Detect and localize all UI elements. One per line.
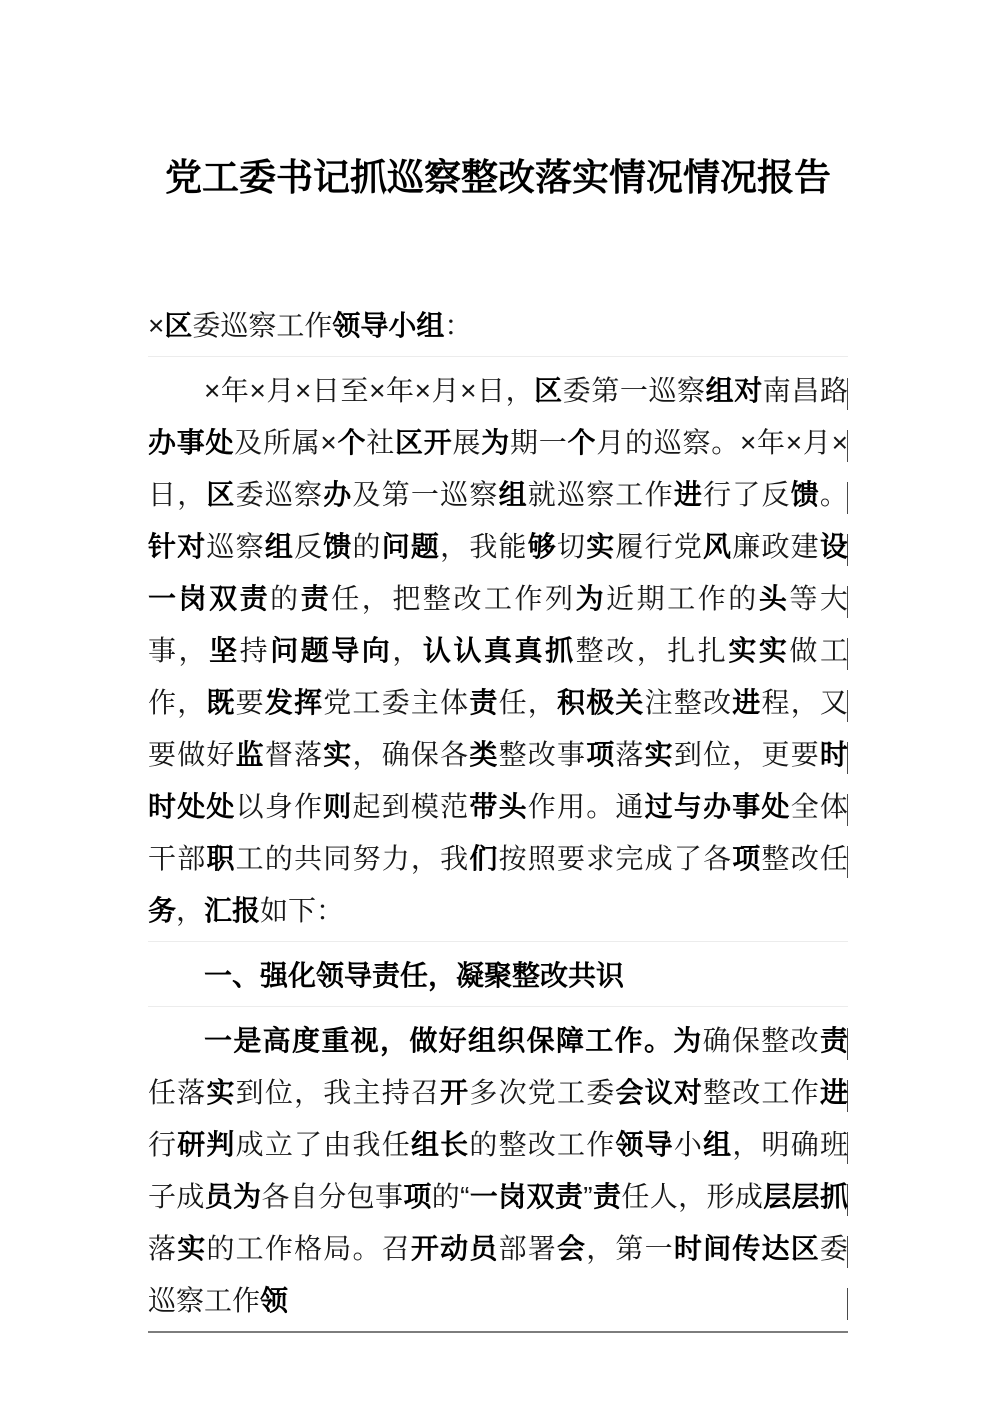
text-run: 期一 xyxy=(510,427,567,458)
text-run: 员为 xyxy=(205,1181,262,1212)
text-run: 会议对 xyxy=(615,1077,703,1108)
text-run: 责 xyxy=(469,687,498,718)
text-run: 就巡察工作 xyxy=(528,479,674,510)
text-run: ，确保各 xyxy=(353,739,470,770)
salutation: ×区委巡察工作领导小组： xyxy=(148,300,848,357)
text-run: 按照要求完成了各 xyxy=(499,843,733,874)
text-run: 行 xyxy=(148,1129,177,1160)
text-run: 组 xyxy=(265,531,294,562)
text-run: 责 xyxy=(820,1025,848,1056)
text-run: 的工作格局。召 xyxy=(206,1233,410,1264)
text-run: 个 xyxy=(568,427,597,458)
text-run: 够 xyxy=(528,531,557,562)
text-run: 办事处 xyxy=(148,427,234,458)
text-run: 成立了由我任 xyxy=(236,1129,411,1160)
text-run: 任， xyxy=(499,687,557,718)
text-run: 区 xyxy=(164,310,192,341)
text-run: 进 xyxy=(732,687,761,718)
text-run: 作用。通 xyxy=(528,791,645,822)
text-run: 党工委主体 xyxy=(323,687,469,718)
text-run: 实 xyxy=(645,739,674,770)
text-run: 履行党 xyxy=(615,531,703,562)
text-run: 实实 xyxy=(728,635,789,666)
text-run: 近期工作的 xyxy=(606,583,759,614)
document-page: 党工委书记抓巡察整改落实情况情况报告 ×区委巡察工作领导小组：×年×月×日至×年… xyxy=(0,0,992,1403)
text-run: 组 xyxy=(703,1129,732,1160)
paragraph: ×年×月×日至×年×月×日，区委第一巡察组对南昌路办事处及所属×个社区开展为期一… xyxy=(148,365,848,942)
text-run: 个 xyxy=(337,427,366,458)
text-run: 针对 xyxy=(148,531,206,562)
text-run: 小 xyxy=(674,1129,703,1160)
text-run: 实 xyxy=(177,1233,206,1264)
text-run: ” xyxy=(583,1181,592,1212)
text-run: 办 xyxy=(323,479,352,510)
paragraph: 一是高度重视，做好组织保障工作。为确保整改责任落实到位，我主持召开多次党工委会议… xyxy=(148,1015,848,1333)
text-run: × xyxy=(148,310,164,341)
text-run: 认认真真抓 xyxy=(423,635,576,666)
text-run: 持 xyxy=(240,635,271,666)
text-run: 类 xyxy=(469,739,498,770)
text-run: 任人，形成 xyxy=(621,1181,763,1212)
text-run: 一是高度重视，做好组织保障工作。 xyxy=(204,1025,673,1056)
text-run: 委第一巡察 xyxy=(563,375,706,406)
text-run: 注整改 xyxy=(645,687,733,718)
text-run: 时间传达区 xyxy=(674,1233,820,1264)
text-run: 积极关 xyxy=(557,687,645,718)
text-run: 确保整改 xyxy=(703,1025,820,1056)
text-run: 组 xyxy=(499,479,528,510)
text-run: 各自分包事 xyxy=(262,1181,404,1212)
text-run: 组长 xyxy=(411,1129,469,1160)
text-run: 问题导向 xyxy=(270,635,392,666)
text-run: 任，把整改工作列 xyxy=(331,583,575,614)
text-run: ，第一 xyxy=(586,1233,674,1264)
text-run: 落 xyxy=(148,1233,177,1264)
text-run: 的 xyxy=(270,583,301,614)
text-run: 到位，更要 xyxy=(674,739,820,770)
text-run: 开动员 xyxy=(411,1233,499,1264)
text-run: 区 xyxy=(534,375,563,406)
text-run: 巡察 xyxy=(206,531,264,562)
text-run: 及第一巡察 xyxy=(353,479,499,510)
heading: 一、强化领导责任，凝聚整改共识 xyxy=(148,950,848,1007)
text-run: 领导 xyxy=(615,1129,673,1160)
text-run: 廉政建 xyxy=(732,531,820,562)
text-run: ，我能 xyxy=(440,531,528,562)
text-run: 监 xyxy=(236,739,265,770)
text-run: 馈 xyxy=(323,531,352,562)
text-run: 行了反 xyxy=(703,479,791,510)
text-run: 为 xyxy=(481,427,510,458)
text-run: 落 xyxy=(615,739,644,770)
text-run: 任落 xyxy=(148,1077,206,1108)
text-run: 风 xyxy=(703,531,732,562)
text-run: 会 xyxy=(557,1233,586,1264)
text-run: 馈 xyxy=(791,479,820,510)
text-run: ， xyxy=(176,895,204,926)
text-run: ， xyxy=(392,635,423,666)
text-run: 为 xyxy=(673,1025,702,1056)
text-run: 区 xyxy=(206,479,235,510)
text-run: 汇报 xyxy=(204,895,260,926)
text-run: 一、强化领导责任，凝聚整改共识 xyxy=(204,960,624,991)
text-run: 带头 xyxy=(469,791,527,822)
text-run: 区开 xyxy=(395,427,452,458)
text-run: 展 xyxy=(453,427,482,458)
text-run: 整改任 xyxy=(762,843,848,874)
text-run: 开 xyxy=(440,1077,469,1108)
text-run: 则 xyxy=(323,791,352,822)
text-run: 委巡察工作 xyxy=(192,310,332,341)
text-run: 头 xyxy=(759,583,790,614)
text-run: 的 xyxy=(353,531,382,562)
text-run: ： xyxy=(444,310,472,341)
text-run: 坚 xyxy=(209,635,240,666)
document-body: ×区委巡察工作领导小组：×年×月×日至×年×月×日，区委第一巡察组对南昌路办事处… xyxy=(148,300,848,1333)
text-run: 务 xyxy=(148,895,176,926)
text-run: 整改，扎扎 xyxy=(576,635,729,666)
text-run: 一岗双责 xyxy=(469,1181,583,1212)
text-run: 问题 xyxy=(382,531,440,562)
text-run: 职 xyxy=(206,843,235,874)
text-run: 实 xyxy=(206,1077,235,1108)
text-run: 多次党工委 xyxy=(469,1077,615,1108)
text-run: 组对 xyxy=(706,375,763,406)
text-run: 进 xyxy=(674,479,703,510)
text-run: 的整改工作 xyxy=(469,1129,615,1160)
text-run: 既 xyxy=(206,687,235,718)
text-run: 整改事 xyxy=(499,739,587,770)
text-run: 的“ xyxy=(432,1181,470,1212)
text-run: 反 xyxy=(294,531,323,562)
text-run: 如下： xyxy=(260,895,344,926)
text-run: 领 xyxy=(260,1285,288,1316)
text-run: 部署 xyxy=(499,1233,557,1264)
text-run: 层层抓 xyxy=(763,1181,848,1212)
text-run: 工的共同努力，我 xyxy=(236,843,470,874)
text-run: 研判 xyxy=(177,1129,235,1160)
text-run: 委巡察 xyxy=(236,479,324,510)
text-run: 们 xyxy=(469,843,498,874)
text-run: 项 xyxy=(586,739,615,770)
text-run: 为 xyxy=(576,583,607,614)
text-run: 发挥 xyxy=(265,687,323,718)
text-run: 项 xyxy=(403,1181,431,1212)
text-run: 以身作 xyxy=(236,791,324,822)
text-run: 进 xyxy=(820,1077,848,1108)
text-run: 责 xyxy=(593,1181,622,1212)
text-run: 领导小组 xyxy=(332,310,444,341)
document-title: 党工委书记抓巡察整改落实情况情况报告 xyxy=(148,148,848,208)
text-run: 要 xyxy=(236,687,265,718)
text-run: 。 xyxy=(820,479,848,510)
text-run: 起到模范 xyxy=(353,791,470,822)
text-run: 项 xyxy=(732,843,761,874)
text-run: 切 xyxy=(557,531,586,562)
text-run: ×年×月×日至×年×月×日， xyxy=(204,375,534,406)
text-run: 社 xyxy=(366,427,395,458)
text-run: 整改工作 xyxy=(703,1077,820,1108)
text-run: 责 xyxy=(301,583,332,614)
text-run: 过与办事处 xyxy=(645,791,791,822)
text-run: 实 xyxy=(586,531,615,562)
text-run: 到位，我主持召 xyxy=(236,1077,441,1108)
text-run: 南昌路 xyxy=(763,375,848,406)
text-run: 及所属× xyxy=(234,427,337,458)
text-run: 实 xyxy=(323,739,352,770)
text-run: 督落 xyxy=(265,739,323,770)
